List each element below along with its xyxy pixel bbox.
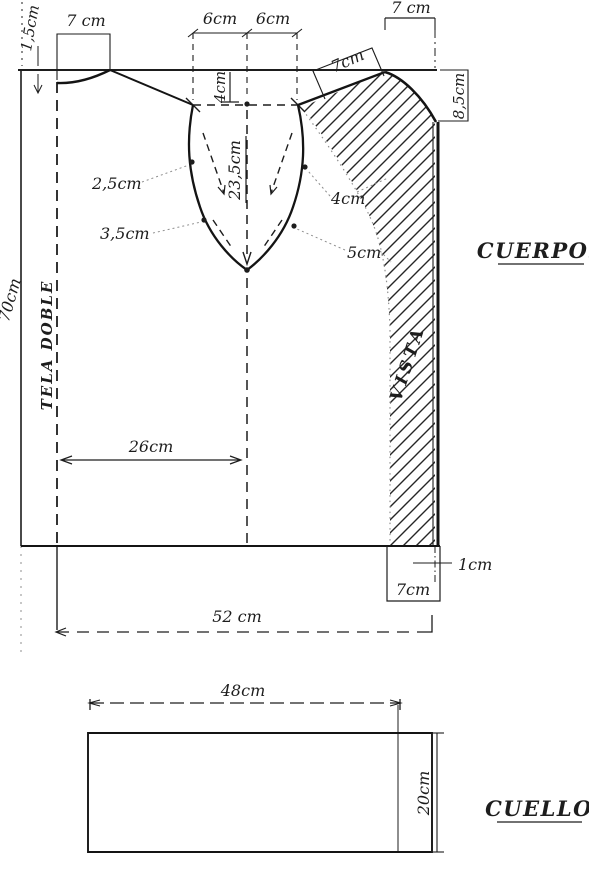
dim-dart-length: 23,5cm [225, 136, 246, 203]
dim-dart-length-label: 23,5cm [225, 140, 244, 201]
dim-dart-upper-left-label: 2,5cm [91, 174, 142, 193]
dim-facing-top-width-label: 7 cm [391, 0, 430, 17]
dim-total-width: 52 cm [56, 607, 432, 636]
dim-neck-depth-label: 4cm [211, 71, 229, 104]
collar-piece: 48cm 20cm CUELLO [88, 681, 589, 852]
dim-collar-height: 20cm [414, 733, 444, 852]
dim-dart-lower-right-label: 5cm [347, 243, 381, 262]
neck-dart [189, 101, 308, 546]
dim-armhole-depth: 8,5cm [438, 70, 468, 121]
left-shoulder-seam [110, 70, 193, 105]
bodice-title: CUERPOS [477, 238, 589, 264]
dim-collar-width-label: 48cm [220, 681, 266, 700]
dim-dart-upper-right-label: 4cm [330, 189, 365, 208]
dim-center-offset-label: 26cm [128, 437, 174, 456]
facing-hatched-area [302, 72, 435, 545]
back-neck-curve [57, 70, 110, 83]
dim-center-offset: 26cm [61, 437, 241, 464]
dim-facing-bottom-width-label: 7cm [396, 580, 430, 599]
collar-title-label: CUELLO [485, 796, 589, 821]
dim-armhole-depth-label: 8,5cm [450, 73, 468, 119]
dim-total-width-label: 52 cm [212, 607, 262, 626]
collar-title: CUELLO [485, 796, 589, 822]
bodice-piece: 1,5cm 7 cm 6cm 6cm 4cm 7cm [0, 0, 589, 652]
dim-neck-depth: 4cm [211, 71, 239, 104]
dim-shoulder-width-right-label: 7cm [328, 45, 367, 76]
dim-collar-width: 48cm [89, 681, 401, 710]
fold-label: TELA DOBLE [38, 280, 56, 411]
dim-neck-halves: 6cm 6cm [188, 9, 302, 100]
dim-shoulder-width-left-label: 7 cm [66, 11, 105, 30]
dim-neck-left-label: 6cm [203, 9, 237, 28]
pattern-sheet: 1,5cm 7 cm 6cm 6cm 4cm 7cm [0, 0, 589, 874]
dim-facing-top-width: 7 cm [385, 0, 435, 68]
bodice-title-label: CUERPOS [477, 238, 589, 263]
dim-neck-right-label: 6cm [256, 9, 290, 28]
dim-dart-lower-left-label: 3,5cm [100, 224, 150, 243]
dim-collar-height-label: 20cm [414, 771, 433, 817]
dim-shoulder-drop-left-label: 1,5cm [17, 4, 43, 53]
pattern-drawing: 1,5cm 7 cm 6cm 6cm 4cm 7cm [0, 0, 589, 874]
collar-outline [88, 733, 432, 852]
dim-hem-step-label: 1cm [458, 555, 492, 574]
hem-details: 1cm 7cm [387, 546, 492, 601]
